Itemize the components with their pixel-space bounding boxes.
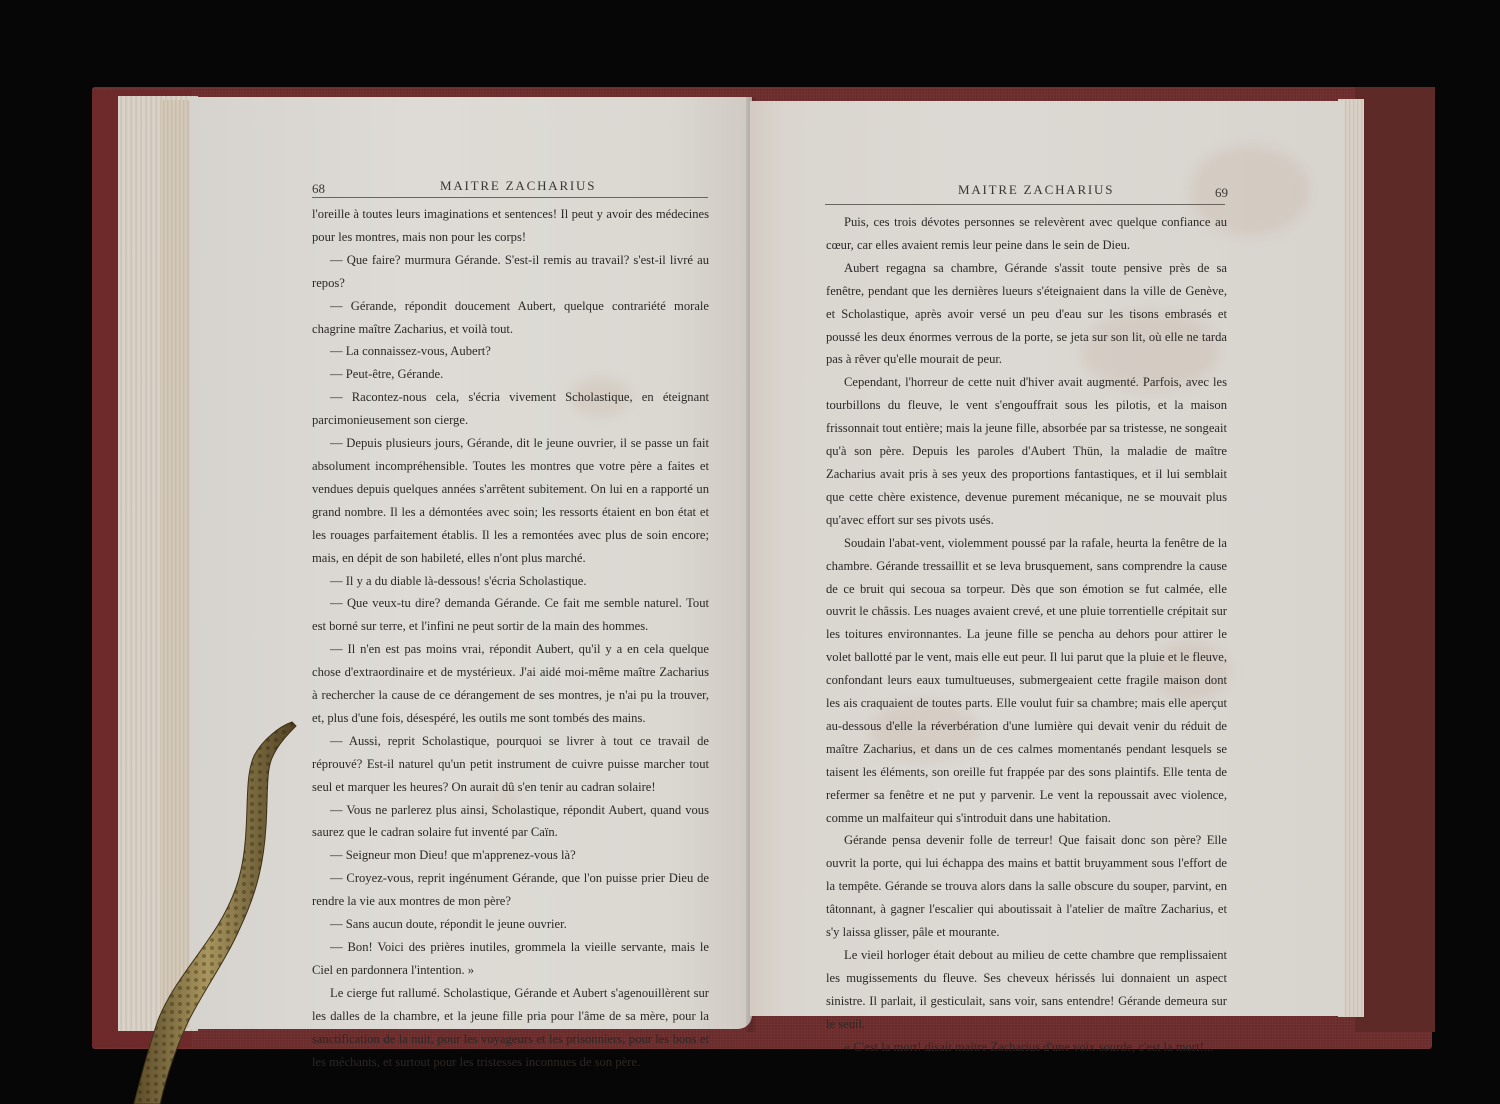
left-page-number: 68 — [312, 181, 325, 197]
paragraph: Le cierge fut rallumé. Scholastique, Gér… — [312, 982, 709, 1074]
right-running-head: MAITRE ZACHARIUS — [958, 182, 1114, 198]
left-running-head: MAITRE ZACHARIUS — [440, 178, 596, 194]
paragraph: Aubert regagna sa chambre, Gérande s'ass… — [826, 257, 1227, 372]
right-page-text: Puis, ces trois dévotes personnes se rel… — [826, 211, 1227, 1059]
paragraph: Le vieil horloger était debout au milieu… — [826, 944, 1227, 1036]
paragraph: Cependant, l'horreur de cette nuit d'hiv… — [826, 371, 1227, 531]
paragraph: — La connaissez-vous, Aubert? — [312, 340, 709, 363]
paragraph: — Croyez-vous, reprit ingénument Gérande… — [312, 867, 709, 913]
paragraph: — Seigneur mon Dieu! que m'apprenez-vous… — [312, 844, 709, 867]
paragraph: — Peut-être, Gérande. — [312, 363, 709, 386]
left-header-rule — [312, 197, 708, 198]
photo-scene: 68 MAITRE ZACHARIUS l'oreille à toutes l… — [0, 0, 1500, 1104]
paragraph: — Que veux-tu dire? demanda Gérande. Ce … — [312, 592, 709, 638]
right-page-number: 69 — [1215, 185, 1228, 201]
paragraph: — Bon! Voici des prières inutiles, gromm… — [312, 936, 709, 982]
paragraph: — Il n'en est pas moins vrai, répondit A… — [312, 638, 709, 730]
paragraph: « C'est la mort! disait maître Zacharius… — [826, 1036, 1227, 1059]
paragraph: Gérande pensa devenir folle de terreur! … — [826, 829, 1227, 944]
paragraph: Soudain l'abat-vent, violemment poussé p… — [826, 532, 1227, 830]
paragraph: — Aussi, reprit Scholastique, pourquoi s… — [312, 730, 709, 799]
left-page-text: l'oreille à toutes leurs imaginations et… — [312, 203, 709, 1073]
paragraph: l'oreille à toutes leurs imaginations et… — [312, 203, 709, 249]
paragraph: — Gérande, répondit doucement Aubert, qu… — [312, 295, 709, 341]
book-cover-right-board — [1355, 87, 1435, 1032]
paragraph: — Vous ne parlerez plus ainsi, Scholasti… — [312, 799, 709, 845]
paragraph: Puis, ces trois dévotes personnes se rel… — [826, 211, 1227, 257]
paragraph: — Il y a du diable là-dessous! s'écria S… — [312, 570, 709, 593]
paragraph: — Depuis plusieurs jours, Gérande, dit l… — [312, 432, 709, 569]
right-header-rule — [825, 204, 1225, 205]
paragraph: — Racontez-nous cela, s'écria vivement S… — [312, 386, 709, 432]
paragraph: — Sans aucun doute, répondit le jeune ou… — [312, 913, 709, 936]
paragraph: — Que faire? murmura Gérande. S'est-il r… — [312, 249, 709, 295]
